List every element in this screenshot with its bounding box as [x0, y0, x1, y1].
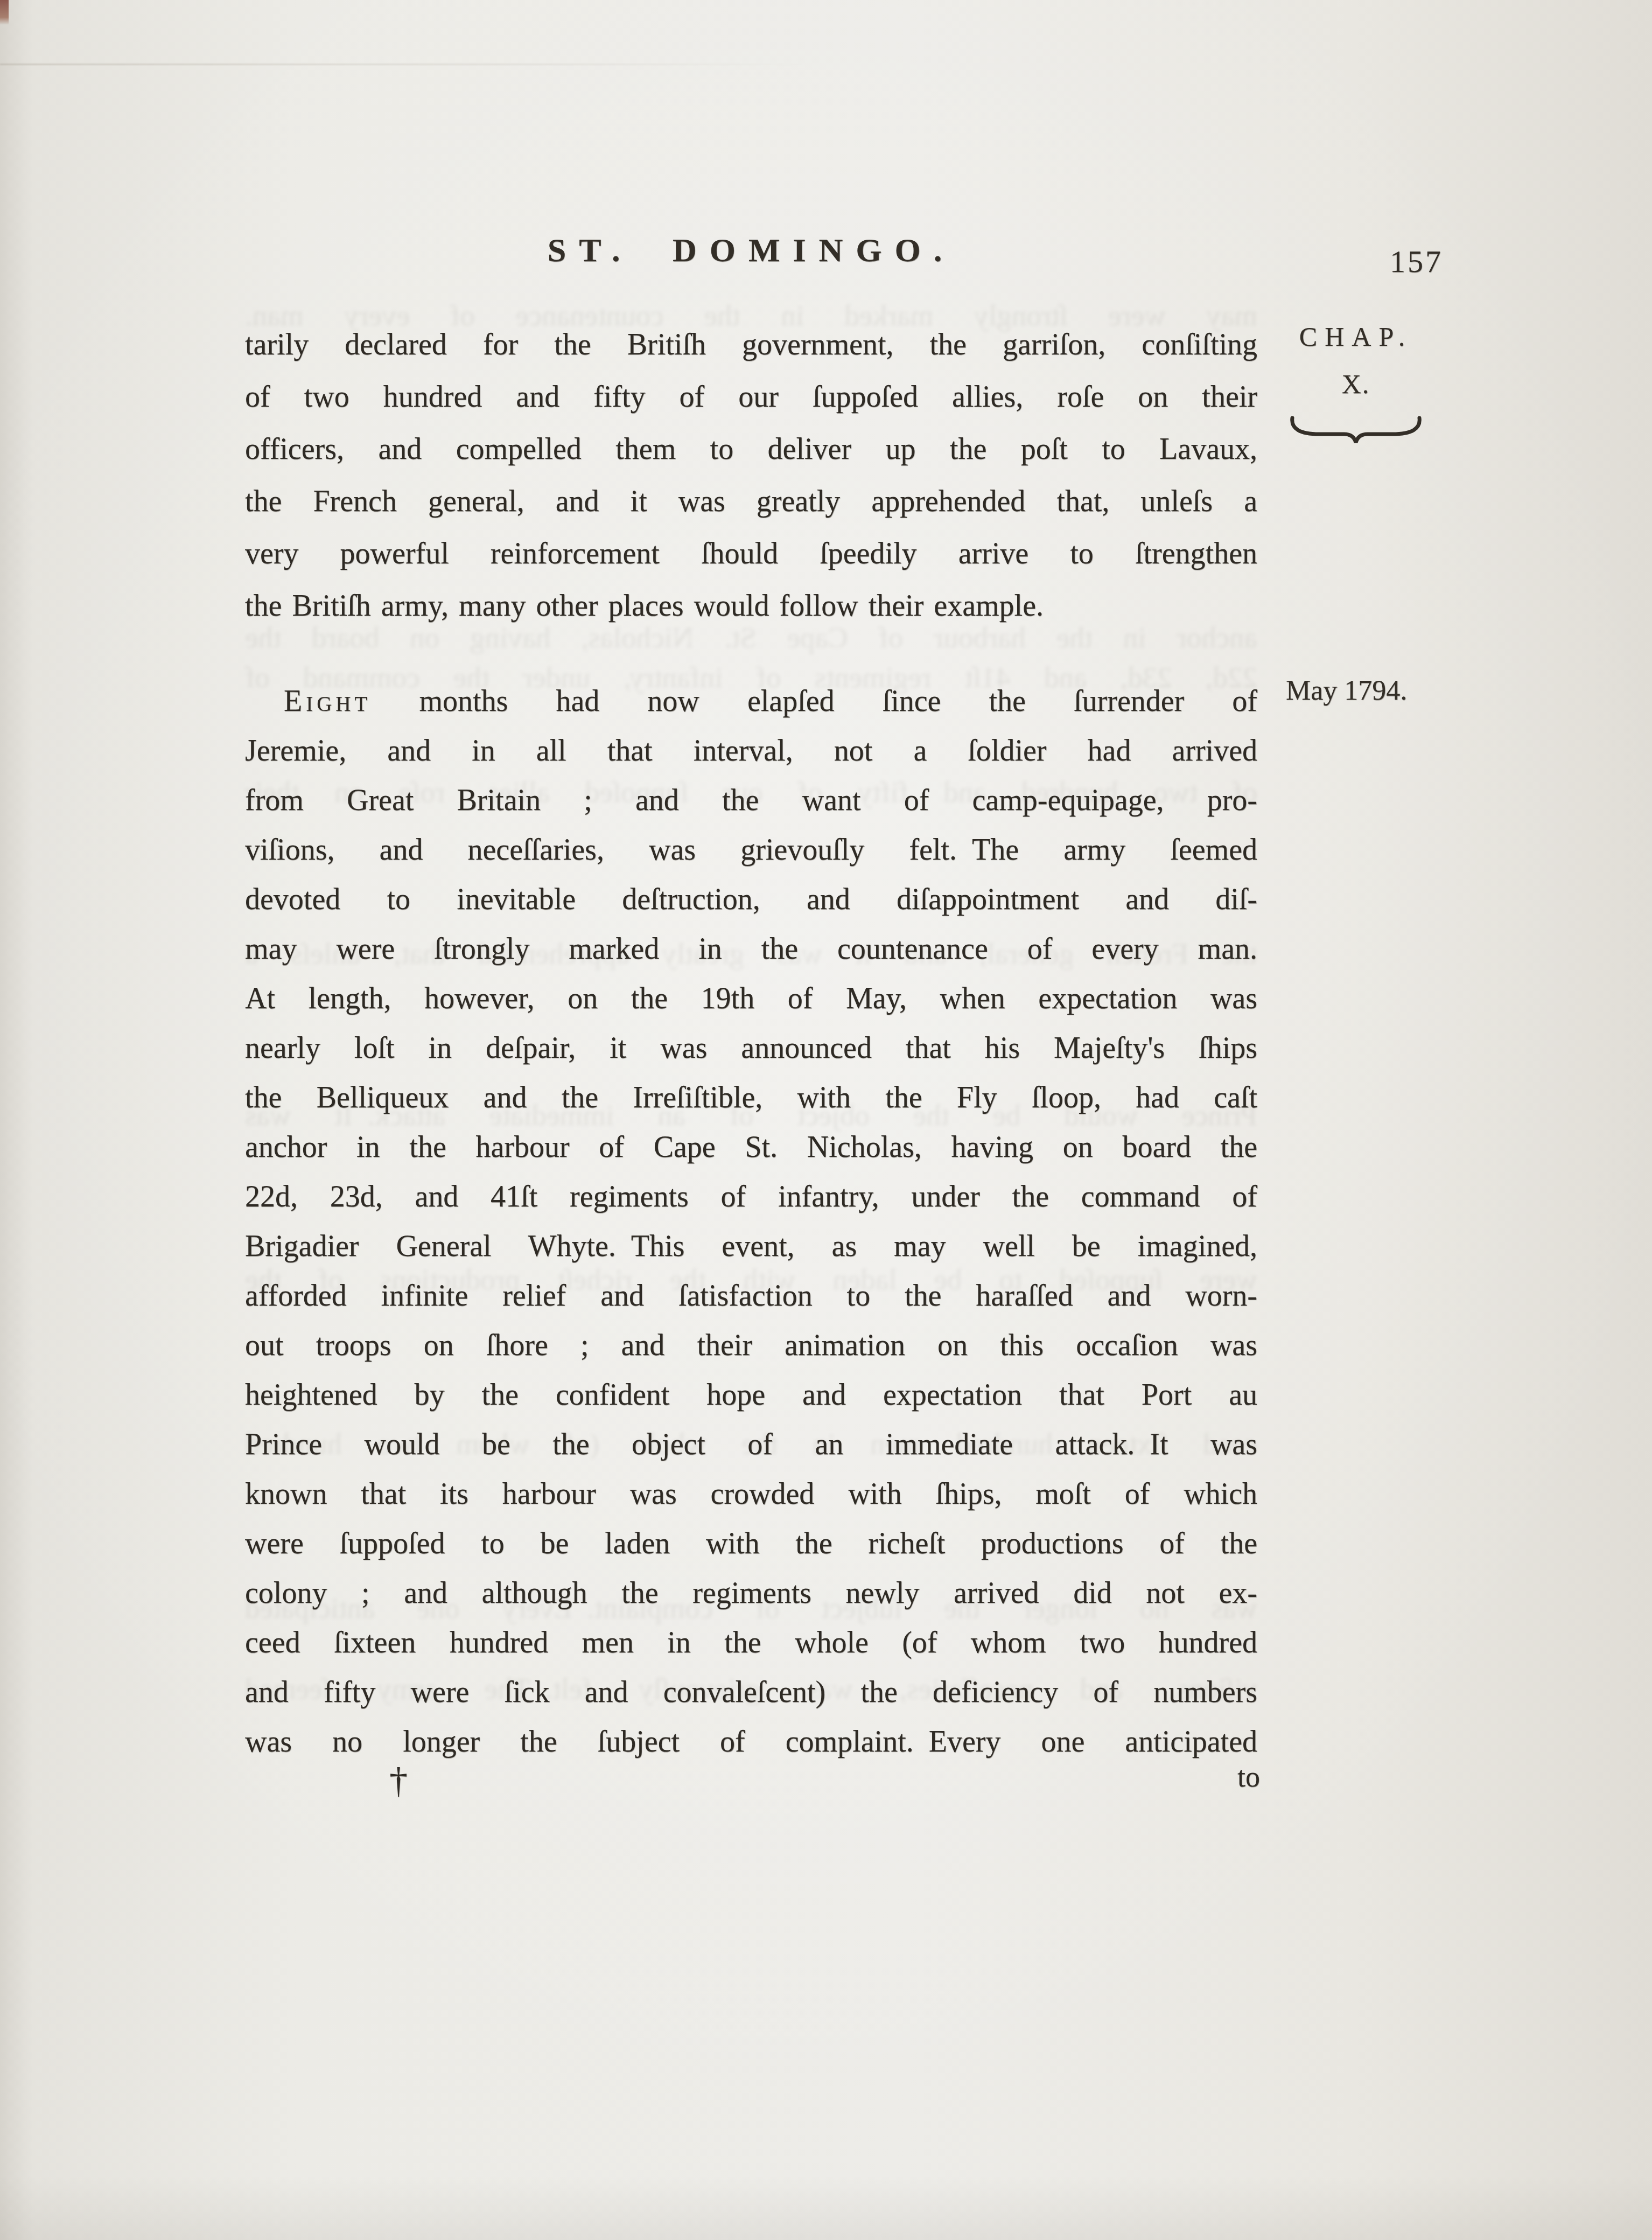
catchword: to [1185, 1760, 1260, 1794]
text-line: the Britiſh army, many other places woul… [245, 580, 1257, 632]
text-line: tarily declared for the Britiſh governme… [245, 319, 1257, 371]
book-page-scan: { "colors": { "paper": "#eae8e3", "ink":… [0, 0, 1652, 2240]
text-line: very powerful reinforcement ſhould ſpeed… [245, 528, 1257, 580]
text-line: ceed ſixteen hundred men in the whole (o… [245, 1618, 1257, 1667]
text-line: Brigadier General Whyte. This event, as … [245, 1222, 1257, 1271]
chapter-sidenote-line2: X. [1286, 368, 1426, 400]
text-line: the Belliqueux and the Irreſiſtible, wit… [245, 1073, 1257, 1122]
text-line: were ſuppoſed to be laden with the riche… [245, 1519, 1257, 1568]
page-edge-shadow [0, 0, 32, 2240]
running-title: ST. DOMINGO. [245, 232, 1257, 270]
text-line: may were ſtrongly marked in the countena… [245, 924, 1257, 974]
chapter-brace-ornament [1288, 409, 1424, 448]
text-line: officers, and compelled them to deliver … [245, 423, 1257, 476]
text-line: nearly loſt in deſpair, it was announced… [245, 1023, 1257, 1073]
paragraph-lead-word: Eight [284, 685, 371, 718]
text-line: known that its harbour was crowded with … [245, 1469, 1257, 1519]
text-line: Eight months had now elapſed ſince the ſ… [245, 676, 1257, 726]
text-line: afforded infinite relief and ſatisfactio… [245, 1271, 1257, 1321]
text-line: and fifty were ſick and convaleſcent) th… [245, 1667, 1257, 1717]
margin-date-note: May 1794. [1286, 675, 1447, 707]
text-line: 22d, 23d, and 41ſt regiments of infantry… [245, 1172, 1257, 1222]
binding-corner-mark [0, 0, 9, 25]
text-line: colony ; and although the regiments newl… [245, 1568, 1257, 1618]
paragraph-lead-rest: months had now elapſed ſince the ſurrend… [371, 685, 1257, 718]
text-line: from Great Britain ; and the want of cam… [245, 776, 1257, 825]
text-line: Jeremie, and in all that interval, not a… [245, 726, 1257, 776]
page-bottom-shadow [0, 2176, 1652, 2240]
text-line: Prince would be the object of an immedia… [245, 1420, 1257, 1469]
chapter-sidenote-line1: CHAP. [1286, 321, 1426, 352]
paper-crease [0, 64, 808, 65]
text-line: out troops on ſhore ; and their animatio… [245, 1321, 1257, 1370]
paragraph-1: tarily declared for the Britiſh governme… [245, 319, 1257, 632]
dagger-signature-mark: † [377, 1759, 420, 1802]
text-line: At length, however, on the 19th of May, … [245, 974, 1257, 1023]
text-line: heightened by the confident hope and exp… [245, 1370, 1257, 1420]
paragraph-2: Eight months had now elapſed ſince the ſ… [245, 676, 1257, 1767]
text-line: anchor in the harbour of Cape St. Nichol… [245, 1122, 1257, 1172]
text-line: viſions, and neceſſaries, was grievouſly… [245, 825, 1257, 875]
text-line: of two hundred and fifty of our ſuppoſed… [245, 371, 1257, 423]
text-line: the French general, and it was greatly a… [245, 476, 1257, 528]
text-line: devoted to inevitable deſtruction, and d… [245, 875, 1257, 924]
page-number: 157 [1319, 243, 1443, 280]
